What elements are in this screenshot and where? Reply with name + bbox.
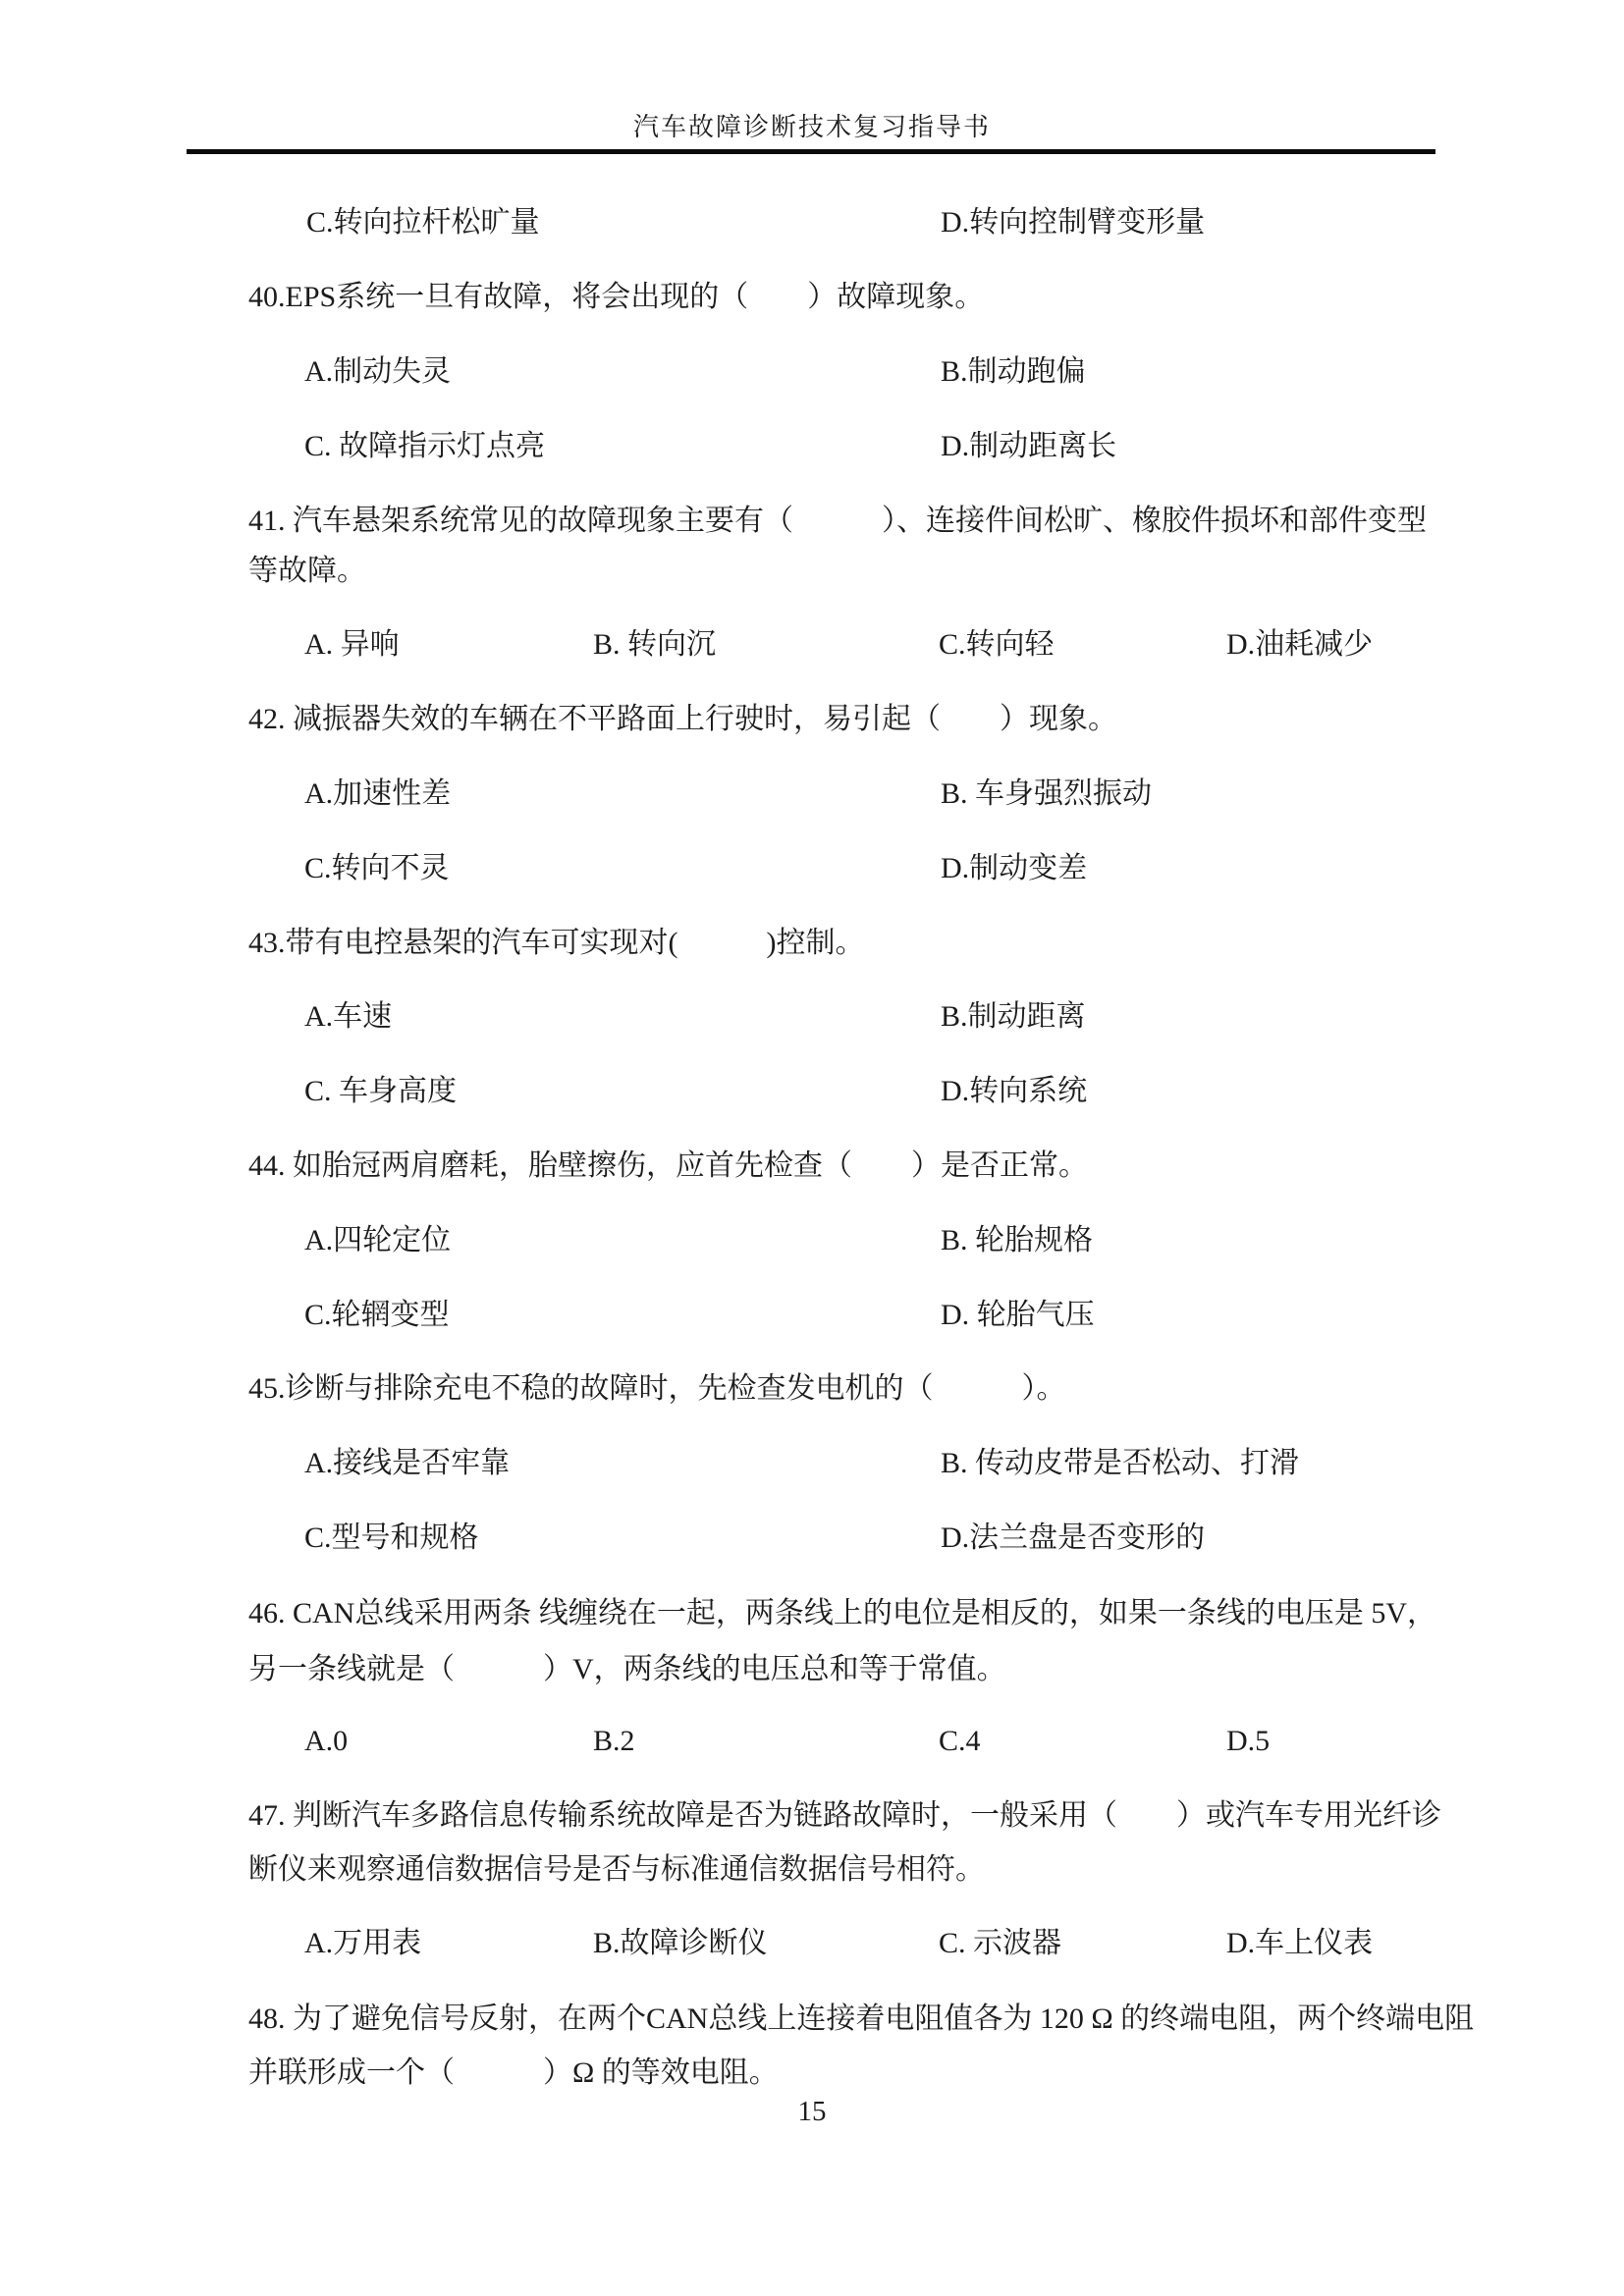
option-row: A.加速性差B. 车身强烈振动 <box>0 775 1624 813</box>
option-row: A.接线是否牢靠B. 传动皮带是否松动、打滑 <box>0 1445 1624 1482</box>
question-line: 42. 减振器失效的车辆在不平路面上行驶时，易引起（ ）现象。 <box>0 701 1624 738</box>
option-cell: A.加速性差 <box>304 775 451 813</box>
option-cell: B.制动距离 <box>941 998 1086 1036</box>
option-row: A.四轮定位B. 轮胎规格 <box>0 1222 1624 1259</box>
question-text: 46. CAN总线采用两条 线缠绕在一起，两条线上的电位是相反的，如果一条线的电… <box>248 1595 1436 1632</box>
option-row: A.车速B.制动距离 <box>0 998 1624 1036</box>
option-cell: B. 转向沉 <box>593 626 716 664</box>
option-cell: A.车速 <box>304 998 392 1036</box>
option-row: C.型号和规格D.法兰盘是否变形的 <box>0 1520 1624 1557</box>
option-cell: D.5 <box>1226 1723 1270 1760</box>
question-text: 另一条线就是（ ）V，两条线的电压总和等于常值。 <box>248 1651 1006 1688</box>
question-line: 46. CAN总线采用两条 线缠绕在一起，两条线上的电位是相反的，如果一条线的电… <box>0 1595 1624 1632</box>
option-row: A.0B.2C.4D.5 <box>0 1723 1624 1760</box>
question-line: 43.带有电控悬架的汽车可实现对( )控制。 <box>0 925 1624 962</box>
question-text: 47. 判断汽车多路信息传输系统故障是否为链路故障时，一般采用（ ）或汽车专用光… <box>248 1797 1441 1835</box>
option-cell: C.转向拉杆松旷量 <box>306 204 540 241</box>
option-cell: B.2 <box>593 1723 635 1760</box>
question-line: 断仪来观察通信数据信号是否与标准通信数据信号相符。 <box>0 1851 1624 1889</box>
question-text: 断仪来观察通信数据信号是否与标准通信数据信号相符。 <box>248 1851 985 1889</box>
header-rule <box>187 149 1435 154</box>
option-row: C.转向不灵D.制动变差 <box>0 850 1624 887</box>
option-row: C. 故障指示灯点亮D.制动距离长 <box>0 428 1624 465</box>
question-text: 44. 如胎冠两肩磨耗，胎壁擦伤，应首先检查（ ）是否正常。 <box>248 1148 1088 1185</box>
option-cell: A. 异响 <box>304 626 400 664</box>
option-cell: B. 传动皮带是否松动、打滑 <box>941 1445 1299 1482</box>
option-cell: C.转向轻 <box>939 626 1055 664</box>
option-cell: B. 轮胎规格 <box>941 1222 1093 1259</box>
option-cell: A.四轮定位 <box>304 1222 451 1259</box>
option-cell: D.制动变差 <box>941 850 1087 887</box>
question-text: 43.带有电控悬架的汽车可实现对( )控制。 <box>248 925 864 962</box>
question-line: 41. 汽车悬架系统常见的故障现象主要有（ ）、连接件间松旷、橡胶件损坏和部件变… <box>0 503 1624 540</box>
question-line: 47. 判断汽车多路信息传输系统故障是否为链路故障时，一般采用（ ）或汽车专用光… <box>0 1797 1624 1835</box>
question-line: 48. 为了避免信号反射，在两个CAN总线上连接着电阻值各为 120 Ω 的终端… <box>0 2001 1624 2038</box>
option-cell: A.接线是否牢靠 <box>304 1445 510 1482</box>
option-cell: A.0 <box>304 1723 348 1760</box>
question-text: 41. 汽车悬架系统常见的故障现象主要有（ ）、连接件间松旷、橡胶件损坏和部件变… <box>248 503 1427 540</box>
option-cell: C.型号和规格 <box>304 1520 479 1557</box>
option-cell: C. 示波器 <box>939 1925 1061 1962</box>
question-text: 40.EPS系统一旦有故障，将会出现的（ ）故障现象。 <box>248 279 984 316</box>
option-cell: D.油耗减少 <box>1226 626 1373 664</box>
option-cell: B.制动跑偏 <box>941 353 1086 391</box>
question-text: 42. 减振器失效的车辆在不平路面上行驶时，易引起（ ）现象。 <box>248 701 1117 738</box>
option-cell: A.万用表 <box>304 1925 421 1962</box>
option-cell: C.4 <box>939 1723 981 1760</box>
option-cell: D.制动距离长 <box>941 428 1116 465</box>
question-text: 45.诊断与排除充电不稳的故障时，先检查发电机的（ ）。 <box>248 1370 1066 1408</box>
question-line: 并联形成一个（ ）Ω 的等效电阻。 <box>0 2055 1624 2092</box>
option-row: C.轮辋变型D. 轮胎气压 <box>0 1297 1624 1334</box>
question-line: 45.诊断与排除充电不稳的故障时，先检查发电机的（ ）。 <box>0 1370 1624 1408</box>
option-row: A.制动失灵B.制动跑偏 <box>0 353 1624 391</box>
question-line: 等故障。 <box>0 553 1624 590</box>
option-cell: D. 轮胎气压 <box>941 1297 1095 1334</box>
option-row: C.转向拉杆松旷量D.转向控制臂变形量 <box>0 204 1624 241</box>
option-row: C. 车身高度D.转向系统 <box>0 1073 1624 1110</box>
option-cell: C. 故障指示灯点亮 <box>304 428 545 465</box>
question-line: 44. 如胎冠两肩磨耗，胎壁擦伤，应首先检查（ ）是否正常。 <box>0 1148 1624 1185</box>
option-cell: D.车上仪表 <box>1226 1925 1373 1962</box>
option-cell: D.转向控制臂变形量 <box>941 204 1205 241</box>
question-line: 40.EPS系统一旦有故障，将会出现的（ ）故障现象。 <box>0 279 1624 316</box>
option-cell: C.轮辋变型 <box>304 1297 450 1334</box>
option-row: A.万用表B.故障诊断仪C. 示波器D.车上仪表 <box>0 1925 1624 1962</box>
question-text: 等故障。 <box>248 553 366 590</box>
option-row: A. 异响B. 转向沉C.转向轻D.油耗减少 <box>0 626 1624 664</box>
option-cell: C.转向不灵 <box>304 850 450 887</box>
question-line: 另一条线就是（ ）V，两条线的电压总和等于常值。 <box>0 1651 1624 1688</box>
option-cell: C. 车身高度 <box>304 1073 457 1110</box>
option-cell: B.故障诊断仪 <box>593 1925 768 1962</box>
option-cell: D.转向系统 <box>941 1073 1087 1110</box>
option-cell: B. 车身强烈振动 <box>941 775 1152 813</box>
option-cell: D.法兰盘是否变形的 <box>941 1520 1205 1557</box>
page-number: 15 <box>0 2095 1624 2128</box>
header-title: 汽车故障诊断技术复习指导书 <box>0 112 1624 143</box>
option-cell: A.制动失灵 <box>304 353 451 391</box>
question-text: 并联形成一个（ ）Ω 的等效电阻。 <box>248 2055 779 2092</box>
question-text: 48. 为了避免信号反射，在两个CAN总线上连接着电阻值各为 120 Ω 的终端… <box>248 2001 1474 2038</box>
document-page: 汽车故障诊断技术复习指导书 C.转向拉杆松旷量D.转向控制臂变形量40.EPS系… <box>0 0 1624 2296</box>
